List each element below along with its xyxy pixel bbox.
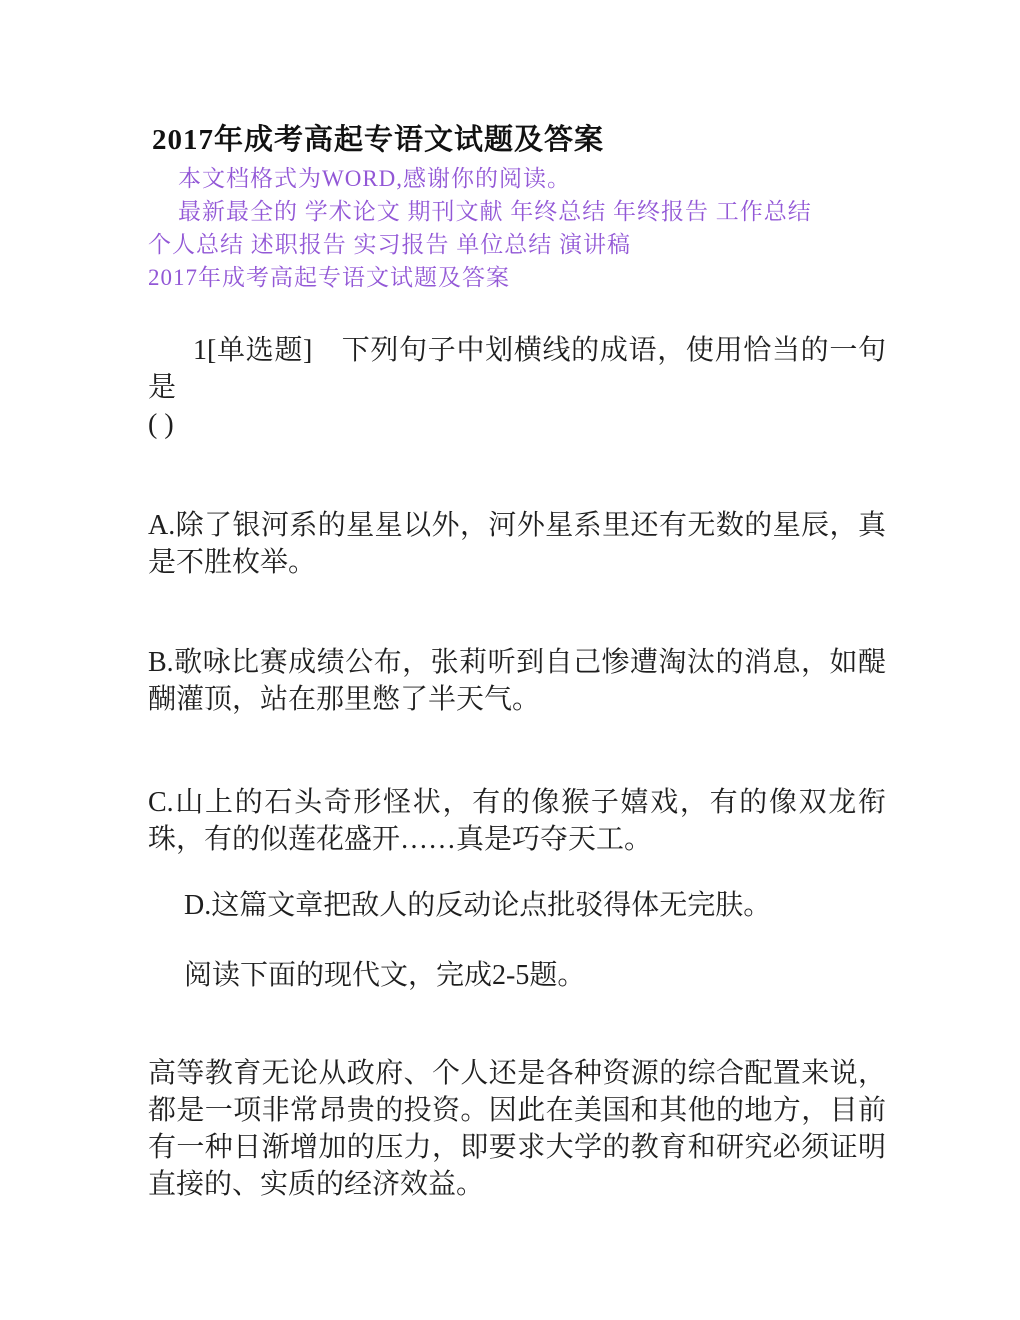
document-title: 2017年成考高起专语文试题及答案: [152, 118, 886, 162]
document-page: 2017年成考高起专语文试题及答案 本文档格式为WORD,感谢你的阅读。 最新最…: [0, 0, 1020, 1320]
notice-line-categories-2: 个人总结 述职报告 实习报告 单位总结 演讲稿: [148, 228, 886, 261]
question-1-option-b: B.歌咏比赛成绩公布，张莉听到自己惨遭淘汰的消息，如醍醐灌顶，站在那里憋了半天气…: [148, 644, 886, 718]
notice-line-format: 本文档格式为WORD,感谢你的阅读。: [148, 162, 886, 195]
notice-line-categories-1: 最新最全的 学术论文 期刊文献 年终总结 年终报告 工作总结: [148, 195, 886, 228]
question-1-stem: 1[单选题] 下列句子中划横线的成语，使用恰当的一句是: [148, 332, 886, 406]
question-1-option-a: A.除了银河系的星星以外，河外星系里还有无数的星辰，真是不胜枚举。: [148, 507, 886, 581]
reading-passage: 高等教育无论从政府、个人还是各种资源的综合配置来说，都是一项非常昂贵的投资。因此…: [148, 1055, 886, 1203]
question-1: 1[单选题] 下列句子中划横线的成语，使用恰当的一句是 ( ): [148, 332, 886, 443]
word-notice-block: 本文档格式为WORD,感谢你的阅读。 最新最全的 学术论文 期刊文献 年终总结 …: [148, 162, 886, 294]
question-1-option-d: D.这篇文章把敌人的反动论点批驳得体无完肤。: [148, 887, 886, 924]
question-1-answer-parentheses: ( ): [148, 406, 886, 443]
question-1-option-c: C.山上的石头奇形怪状，有的像猴子嬉戏，有的像双龙衔珠，有的似莲花盛开……真是巧…: [148, 784, 886, 858]
notice-line-subtitle: 2017年成考高起专语文试题及答案: [148, 261, 886, 294]
reading-instruction: 阅读下面的现代文，完成2-5题。: [148, 957, 886, 994]
